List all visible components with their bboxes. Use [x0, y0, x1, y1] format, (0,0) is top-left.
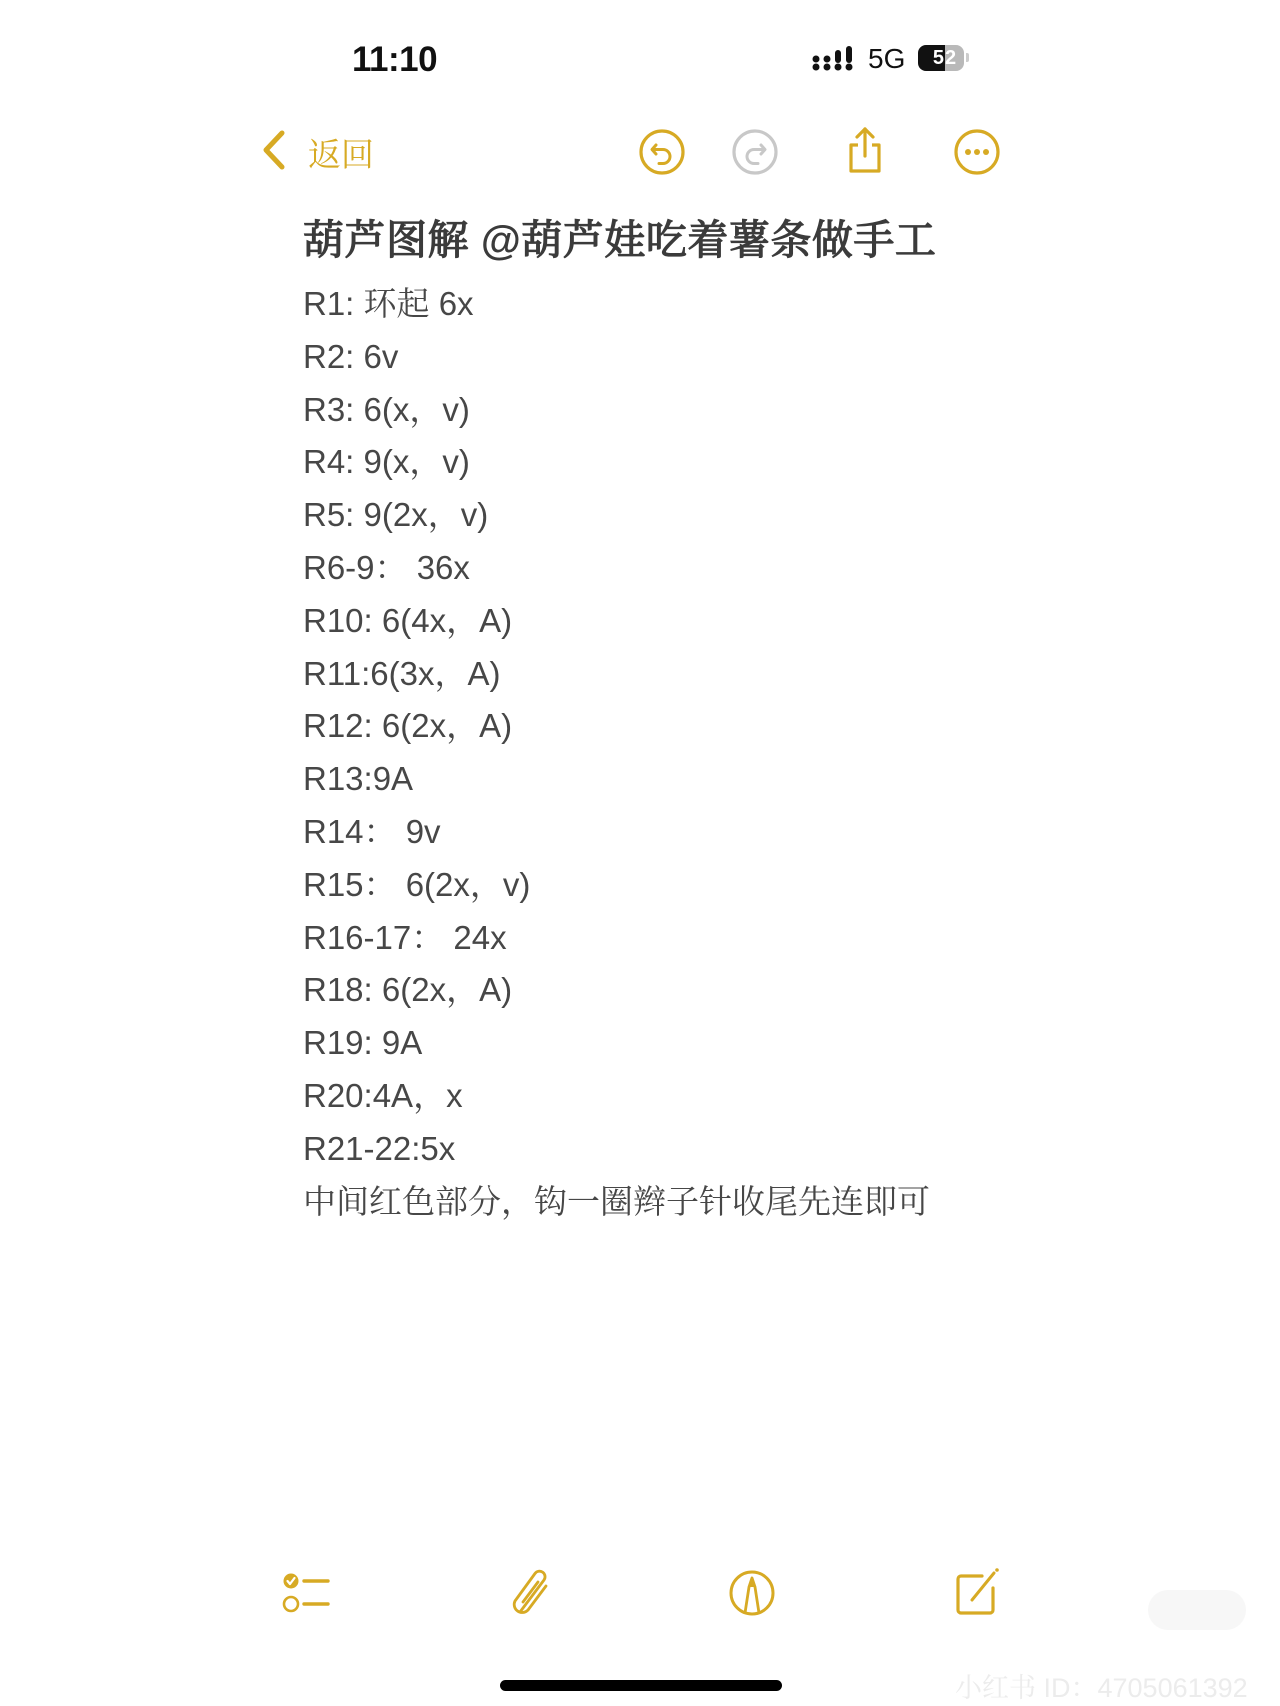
share-button[interactable]: [841, 126, 889, 174]
note-line: R12: 6(2x，A): [303, 700, 1203, 753]
more-icon: [953, 128, 1001, 176]
markup-button[interactable]: [726, 1567, 778, 1619]
redo-button[interactable]: [731, 128, 779, 176]
checklist-icon: [282, 1566, 334, 1618]
note-line: R5: 9(2x，v): [303, 489, 1203, 542]
note-line: R3: 6(x，v): [303, 384, 1203, 437]
note-line: 中间红色部分，钩一圈辫子针收尾先连即可: [303, 1176, 1203, 1229]
note-line: R16-17： 24x: [303, 912, 1203, 965]
attachment-button[interactable]: [506, 1568, 558, 1620]
note-line: R1: 环起 6x: [303, 278, 1203, 331]
note-line: R15： 6(2x，v): [303, 859, 1203, 912]
note-body[interactable]: 葫芦图解 @葫芦娃吃着薯条做手工 R1: 环起 6x R2: 6v R3: 6(…: [303, 212, 1203, 1228]
note-line: R10: 6(4x，A): [303, 595, 1203, 648]
note-line: R11:6(3x，A): [303, 648, 1203, 701]
markup-icon: [726, 1567, 778, 1619]
watermark-text: 小红书 ID：4705061392: [955, 1666, 1248, 1705]
checklist-button[interactable]: [282, 1566, 334, 1618]
battery-level-digit: 5: [918, 45, 945, 71]
note-line: R13:9A: [303, 753, 1203, 806]
status-time: 11:10: [352, 40, 437, 80]
note-lines: R1: 环起 6x R2: 6v R3: 6(x，v) R4: 9(x，v) R…: [303, 278, 1203, 1228]
share-icon: [841, 126, 889, 174]
note-line: R19: 9A: [303, 1017, 1203, 1070]
cellular-signal-icon: [812, 46, 856, 72]
home-indicator[interactable]: [500, 1680, 782, 1691]
watermark-badge: [1148, 1590, 1246, 1630]
attachment-icon: [506, 1568, 558, 1620]
battery-level-digit: 2: [945, 45, 964, 71]
note-line: R20:4A，x: [303, 1070, 1203, 1123]
note-line: R14： 9v: [303, 806, 1203, 859]
compose-icon: [952, 1566, 1004, 1618]
note-line: R2: 6v: [303, 331, 1203, 384]
battery-icon: 5 2: [918, 45, 964, 71]
network-type: 5G: [868, 43, 905, 75]
undo-button[interactable]: [638, 128, 686, 176]
undo-icon: [638, 128, 686, 176]
more-button[interactable]: [953, 128, 1001, 176]
back-button[interactable]: 返回: [262, 128, 374, 176]
note-title: 葫芦图解 @葫芦娃吃着薯条做手工: [303, 212, 1203, 268]
redo-icon: [731, 128, 779, 176]
compose-button[interactable]: [952, 1566, 1004, 1618]
note-line: R18: 6(2x，A): [303, 964, 1203, 1017]
note-line: R6-9： 36x: [303, 542, 1203, 595]
back-label: 返回: [308, 129, 374, 176]
note-line: R21-22:5x: [303, 1123, 1203, 1176]
note-line: R4: 9(x，v): [303, 436, 1203, 489]
chevron-left-icon: [262, 130, 286, 175]
battery-cap: [966, 53, 969, 62]
